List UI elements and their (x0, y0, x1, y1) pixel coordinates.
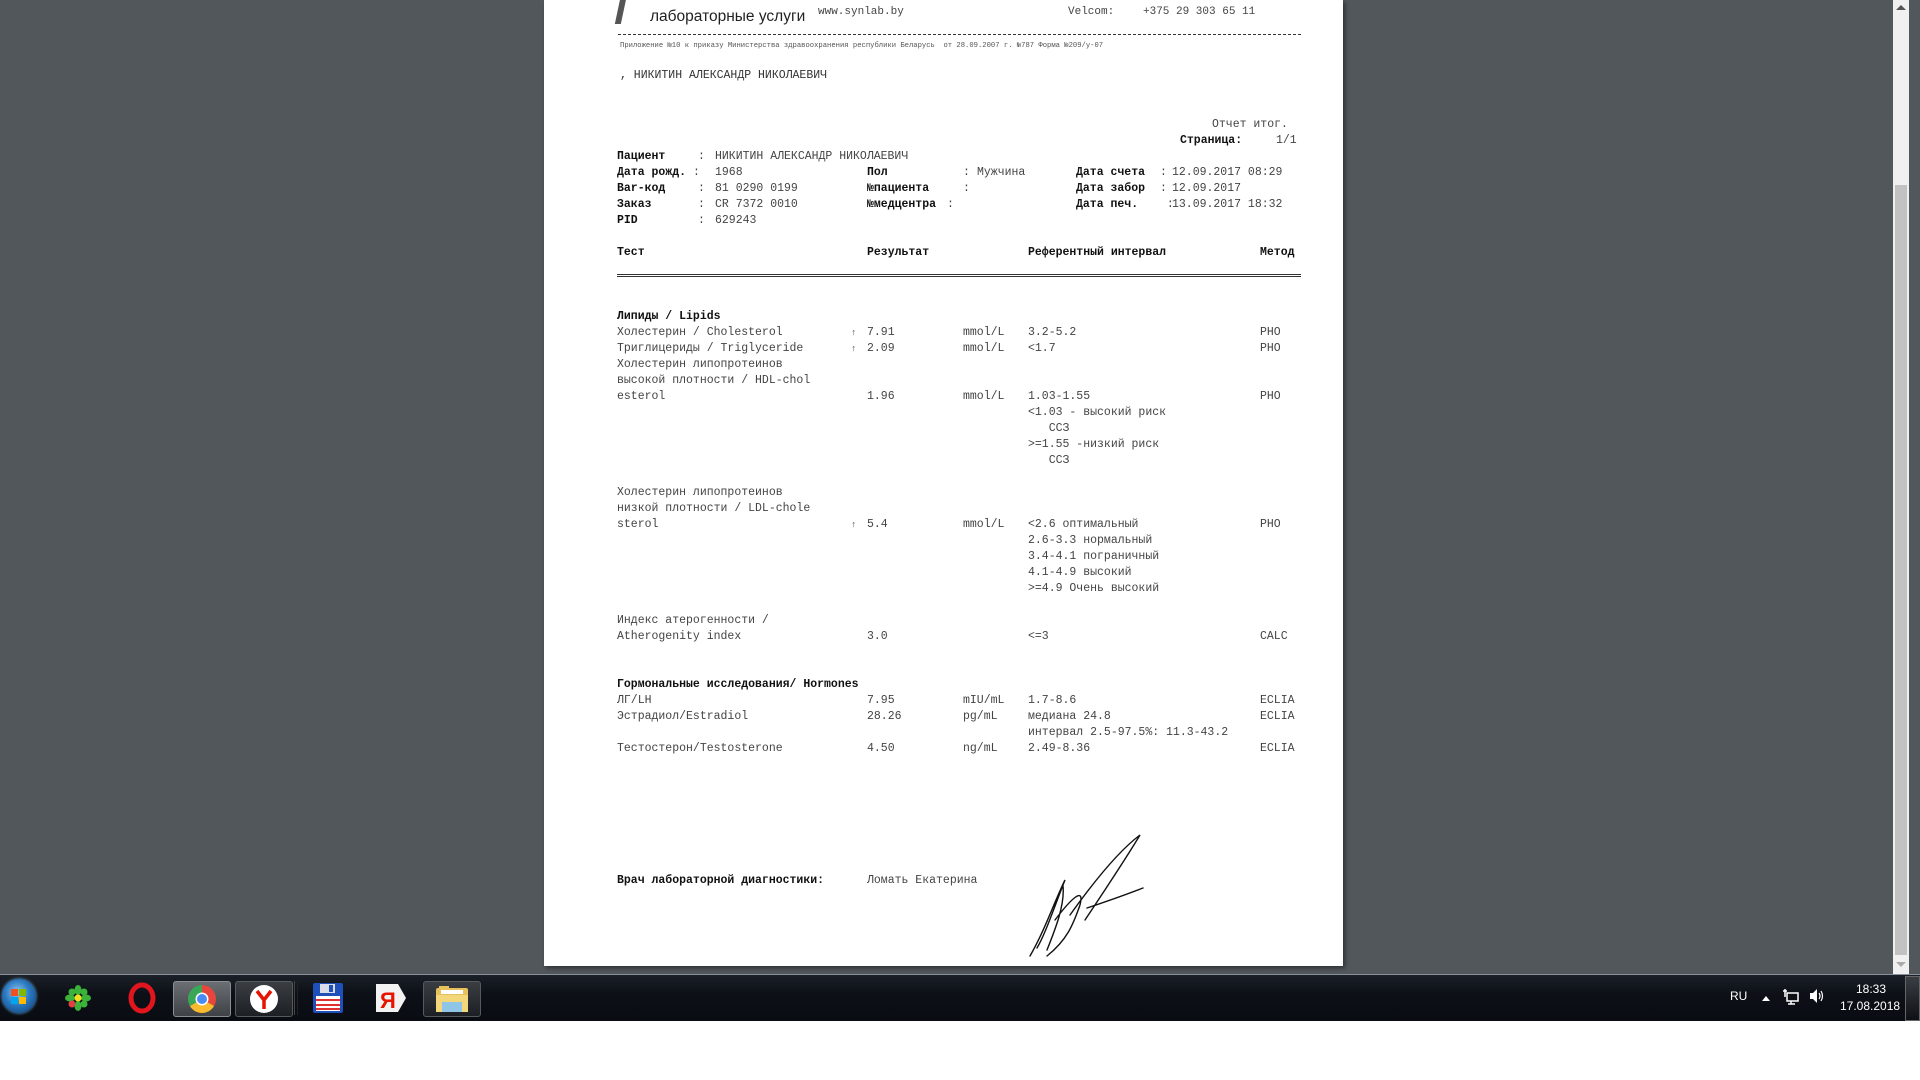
patient-name: НИКИТИН АЛЕКСАНДР НИКОЛАЕВИЧ (715, 149, 908, 165)
page-label: Страница: (1180, 133, 1242, 149)
taskbar-yandex-browser[interactable] (235, 981, 293, 1017)
taskbar-separator (294, 981, 298, 1015)
high-flag-icon: ↑ (851, 517, 856, 533)
result-value: 2.09 (867, 341, 895, 357)
reference-interval: медиана 24.8 (1028, 709, 1111, 725)
svg-text:Я: Я (380, 988, 396, 1013)
folder-icon (424, 982, 480, 1016)
separator: : (947, 197, 954, 213)
windows-logo-icon (11, 989, 18, 996)
separator: : (963, 165, 970, 181)
result-unit: mmol/L (963, 389, 1004, 405)
phone-label: Velcom: (1068, 4, 1114, 20)
reference-interval: 2.49-8.36 (1028, 741, 1090, 757)
clock-time[interactable]: 18:33 (1856, 982, 1886, 996)
clock-date[interactable]: 17.08.2018 (1840, 999, 1900, 1013)
header-divider (618, 34, 1301, 35)
reference-interval: 2.6-3.3 нормальный (1028, 533, 1152, 549)
reference-interval: >=1.55 -низкий риск (1028, 437, 1159, 453)
reference-interval: 1.03-1.55 (1028, 389, 1090, 405)
windows-logo-icon-part (11, 997, 18, 1004)
test-name: sterol (617, 517, 658, 533)
start-button[interactable] (2, 979, 36, 1013)
result-value: 7.95 (867, 693, 895, 709)
result-value: 5.4 (867, 517, 888, 533)
chrome-icon (174, 982, 230, 1016)
document-viewer: лабораторные услуги www.synlab.by Velcom… (0, 0, 1920, 974)
reference-interval: >=4.9 Очень высокий (1028, 581, 1159, 597)
order-label: Заказ (617, 197, 652, 213)
reference-interval: 3.2-5.2 (1028, 325, 1076, 341)
result-unit: mmol/L (963, 325, 1004, 341)
order-note: Приложение №10 к приказу Министерства зд… (620, 38, 1103, 54)
collection-date-label: Дата забор (1076, 181, 1145, 197)
col-result: Результат (867, 245, 929, 261)
doctor-name: Ломать Екатерина (867, 873, 977, 889)
result-unit: mmol/L (963, 517, 1004, 533)
result-value: 4.50 (867, 741, 895, 757)
result-unit: pg/mL (963, 709, 998, 725)
reference-interval: ССЗ (1028, 453, 1069, 469)
test-name: низкой плотности / LDL-chole (617, 501, 810, 517)
scrollbar-thumb[interactable] (1895, 185, 1907, 955)
center-no-label: №медцентра (867, 197, 936, 213)
reference-interval: интервал 2.5-97.5%: 11.3-43.2 (1028, 725, 1228, 741)
website: www.synlab.by (818, 4, 904, 20)
method: PHO (1260, 389, 1281, 405)
scroll-up-arrow-icon[interactable] (1896, 5, 1906, 10)
page-number: 1/1 (1276, 133, 1297, 149)
taskbar-explorer[interactable] (423, 981, 481, 1017)
reference-interval: 4.1-4.9 высокий (1028, 565, 1132, 581)
vertical-scrollbar[interactable] (1893, 0, 1909, 974)
test-name: esterol (617, 389, 665, 405)
show-desktop-button[interactable] (1905, 976, 1920, 1021)
sex-value: Мужчина (977, 165, 1025, 181)
volume-icon[interactable] (1808, 987, 1826, 1005)
test-name: Atherogenity index (617, 629, 741, 645)
icq-flower-icon (54, 981, 110, 1015)
result-unit: ng/mL (963, 741, 998, 757)
result-value: 1.96 (867, 389, 895, 405)
separator: : (698, 149, 712, 165)
result-value: 7.91 (867, 325, 895, 341)
invoice-date-label: Дата счета (1076, 165, 1145, 181)
separator: : (693, 165, 707, 181)
network-icon[interactable] (1782, 987, 1800, 1005)
table-header-divider (617, 274, 1301, 277)
result-value: 3.0 (867, 629, 888, 645)
opera-icon (114, 981, 170, 1015)
separator: : (963, 181, 970, 197)
floppy-disk-icon (300, 981, 356, 1015)
separator: : (698, 213, 712, 229)
yandex-browser-icon (236, 982, 292, 1016)
language-indicator[interactable]: RU (1730, 989, 1747, 1003)
reference-interval: <2.6 оптимальный (1028, 517, 1138, 533)
print-date-label: Дата печ. (1076, 197, 1138, 213)
reference-interval: <1.7 (1028, 341, 1056, 357)
method: CALC (1260, 629, 1288, 645)
test-name: Холестерин липопротеинов (617, 357, 783, 373)
name-label: Пациент (617, 149, 665, 165)
test-name: Холестерин / Cholesterol (617, 325, 783, 341)
scroll-down-arrow-icon[interactable] (1896, 962, 1906, 967)
phone: +375 29 303 65 11 (1143, 4, 1255, 20)
patient-no-label: №пациента (867, 181, 929, 197)
print-date-value: 13.09.2017 18:32 (1172, 197, 1282, 213)
windows-taskbar: Я RU 18:33 17.08.2018 (0, 974, 1920, 1021)
test-name: Холестерин липопротеинов (617, 485, 783, 501)
col-test: Тест (617, 245, 645, 261)
method: PHO (1260, 341, 1281, 357)
taskbar-chrome[interactable] (173, 981, 231, 1017)
test-name: Тестостерон/Testosterone (617, 741, 783, 757)
order-value: CR 7372 0010 (715, 197, 798, 213)
yandex-icon: Я (362, 981, 418, 1015)
sex-label: Пол (867, 165, 888, 181)
reference-interval: 3.4-4.1 пограничный (1028, 549, 1159, 565)
taskbar-save-app[interactable] (300, 981, 356, 1015)
section-title: Липиды / Lipids (617, 309, 721, 325)
dob-value: 1968 (715, 165, 743, 181)
taskbar-yandex[interactable]: Я (362, 981, 418, 1015)
pid-label: PID (617, 213, 638, 229)
result-value: 28.26 (867, 709, 902, 725)
test-name: высокой плотности / HDL-chol (617, 373, 810, 389)
high-flag-icon: ↑ (851, 325, 856, 341)
invoice-date-value: 12.09.2017 08:29 (1172, 165, 1282, 181)
windows-logo-icon-part (19, 997, 26, 1004)
col-method: Метод (1260, 245, 1295, 261)
reference-interval: <1.03 - высокий риск (1028, 405, 1166, 421)
method: ECLIA (1260, 693, 1295, 709)
separator: : (698, 181, 712, 197)
report-type: Отчет итог. (1212, 117, 1288, 133)
windows-logo-icon-part (19, 989, 26, 996)
col-reference: Референтный интервал (1028, 245, 1166, 261)
barcode-value: 81 0290 0199 (715, 181, 798, 197)
test-name: ЛГ/LH (617, 693, 652, 709)
method: ECLIA (1260, 709, 1295, 725)
test-name: Триглицериды / Triglyceride (617, 341, 803, 357)
show-hidden-icons-icon[interactable] (1762, 996, 1770, 1001)
test-name: Индекс атерогенности / (617, 613, 769, 629)
section-title: Гормональные исследования/ Hormones (617, 677, 859, 693)
high-flag-icon: ↑ (851, 341, 856, 357)
result-unit: mmol/L (963, 341, 1004, 357)
method: ECLIA (1260, 741, 1295, 757)
doctor-label: Врач лабораторной диагностики: (617, 873, 824, 889)
pid-value: 629243 (715, 213, 756, 229)
reference-interval: 1.7-8.6 (1028, 693, 1076, 709)
barcode-label: Bar-код (617, 181, 665, 197)
signature-image (1025, 830, 1145, 960)
reference-interval: <=3 (1028, 629, 1049, 645)
taskbar-icq[interactable] (54, 981, 110, 1015)
method: PHO (1260, 325, 1281, 341)
reference-interval: ССЗ (1028, 421, 1069, 437)
test-name: Эстрадиол/Estradiol (617, 709, 748, 725)
taskbar-opera[interactable] (114, 981, 170, 1015)
dob-label: Дата рожд. (617, 165, 686, 181)
method: PHO (1260, 517, 1281, 533)
collection-date-value: 12.09.2017 (1172, 181, 1241, 197)
lab-tagline: лабораторные услуги (650, 8, 805, 26)
separator: : (698, 197, 712, 213)
recipient-name: , НИКИТИН АЛЕКСАНДР НИКОЛАЕВИЧ (620, 68, 827, 84)
result-unit: mIU/mL (963, 693, 1004, 709)
